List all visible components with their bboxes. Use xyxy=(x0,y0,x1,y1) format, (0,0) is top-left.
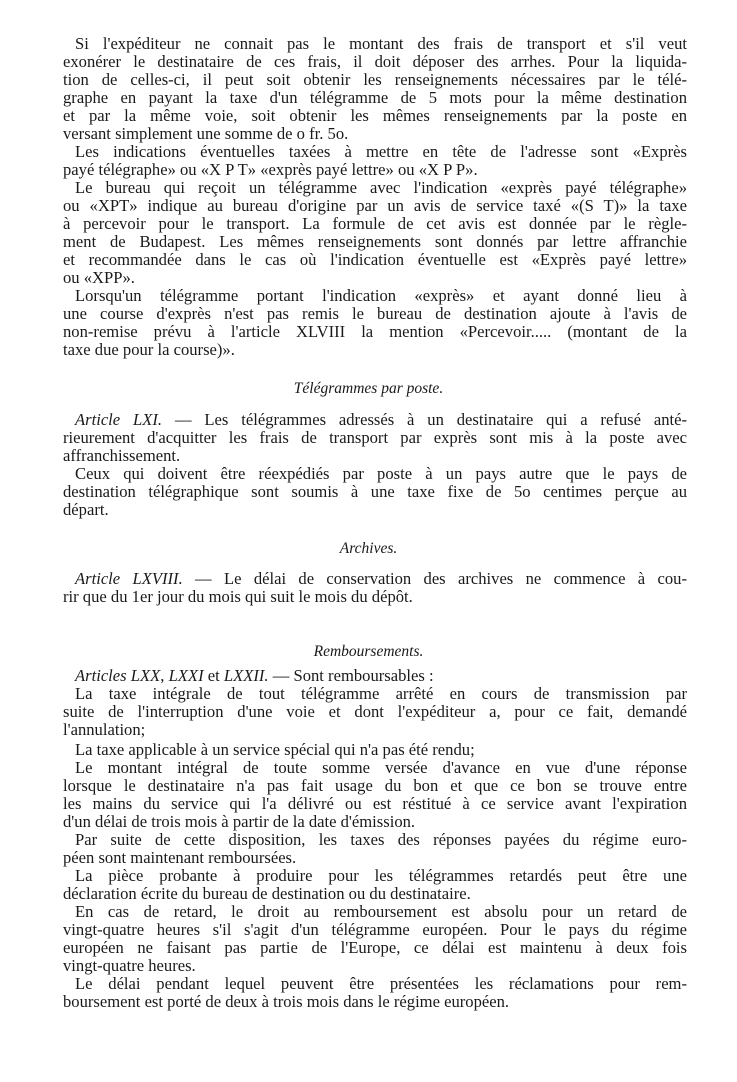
text-line: exonérer le destinataire de ces frais, i… xyxy=(63,53,687,71)
text-line: Article LXI. — Les télégrammes adressés … xyxy=(75,411,687,429)
text-line: Si l'expéditeur ne connait pas le montan… xyxy=(75,35,687,53)
text-line: Le montant intégral de toute somme versé… xyxy=(75,759,687,777)
text-line: vingt-quatre heures s'il s'agit d'un tél… xyxy=(63,921,687,939)
text-line: graphe en payant la taxe d'un télégramme… xyxy=(63,89,687,107)
text-line: payé télégraphe» ou «X P T» «exprès payé… xyxy=(63,161,687,179)
text-line: ou «XPP». xyxy=(63,269,687,287)
article-label: LXXI xyxy=(169,666,204,685)
text-line: ou «XPT» indique au bureau d'origine par… xyxy=(63,197,687,215)
text-line: versant simplement une somme de o fr. 5o… xyxy=(63,125,687,143)
text-line: déclaration écrite du bureau de destinat… xyxy=(63,885,687,903)
section-heading: Archives. xyxy=(0,540,737,558)
text-line: non-remise prévu à l'article XLVIII la m… xyxy=(63,323,687,341)
text-line: ment de Budapest. Les mêmes renseignemen… xyxy=(63,233,687,251)
text-line: Le délai pendant lequel peuvent être pré… xyxy=(75,975,687,993)
text-line: et par la même voie, soit obtenir les mê… xyxy=(63,107,687,125)
text-line: taxe due pour la course)». xyxy=(63,341,687,359)
text-line: destination télégraphique sont soumis à … xyxy=(63,483,687,501)
text-line: et recommandée dans le cas où l'indicati… xyxy=(63,251,687,269)
text-span: — Les télégrammes adressés à un destinat… xyxy=(162,410,687,429)
text-line: tion de celles-ci, il peut soit obtenir … xyxy=(63,71,687,89)
section-heading: Télégrammes par poste. xyxy=(0,380,737,398)
text-line: départ. xyxy=(63,501,687,519)
text-line: La taxe intégrale de tout télégramme arr… xyxy=(75,685,687,703)
text-line: La pièce probante à produire pour les té… xyxy=(75,867,687,885)
text-line: Les indications éventuelles taxées à met… xyxy=(75,143,687,161)
text-line: d'un délai de trois mois à partir de la … xyxy=(63,813,687,831)
text-line: Lorsqu'un télégramme portant l'indicatio… xyxy=(75,287,687,305)
article-label: LXXII. xyxy=(224,666,269,685)
text-line: Par suite de cette disposition, les taxe… xyxy=(75,831,687,849)
text-span: — Sont remboursables : xyxy=(269,666,434,685)
text-span: — Le délai de conservation des archives … xyxy=(183,569,687,588)
article-label: Article LXI. xyxy=(75,410,162,429)
text-line: européen ne faisant pas partie de l'Euro… xyxy=(63,939,687,957)
text-line: Articles LXX, LXXI et LXXII. — Sont remb… xyxy=(75,667,687,685)
text-line: les mains du service qui l'a délivré ou … xyxy=(63,795,687,813)
text-line: Article LXVIII. — Le délai de conservati… xyxy=(75,570,687,588)
text-span: , xyxy=(160,666,168,685)
text-line: affranchissement. xyxy=(63,447,687,465)
article-label: Article LXVIII. xyxy=(75,569,183,588)
document-page: Si l'expéditeur ne connait pas le montan… xyxy=(0,0,737,1082)
text-span: et xyxy=(204,666,224,685)
text-line: une course d'exprès n'est pas remis le b… xyxy=(63,305,687,323)
text-line: La taxe applicable à un service spécial … xyxy=(75,741,687,759)
text-line: rieurement d'acquitter les frais de tran… xyxy=(63,429,687,447)
text-line: suite de l'interruption d'une voie et do… xyxy=(63,703,687,721)
article-label: Articles LXX xyxy=(75,666,160,685)
text-line: lorsque le destinataire n'a pas fait usa… xyxy=(63,777,687,795)
section-heading: Remboursements. xyxy=(0,643,737,661)
text-line: vingt-quatre heures. xyxy=(63,957,687,975)
text-line: l'annulation; xyxy=(63,721,687,739)
text-line: En cas de retard, le droit au remboursem… xyxy=(75,903,687,921)
text-line: Ceux qui doivent être réexpédiés par pos… xyxy=(75,465,687,483)
text-line: péen sont maintenant remboursées. xyxy=(63,849,687,867)
text-line: boursement est porté de deux à trois moi… xyxy=(63,993,687,1011)
text-line: Le bureau qui reçoit un télégramme avec … xyxy=(75,179,687,197)
text-line: rir que du 1er jour du mois qui suit le … xyxy=(63,588,687,606)
text-line: à percevoir pour le transport. La formul… xyxy=(63,215,687,233)
